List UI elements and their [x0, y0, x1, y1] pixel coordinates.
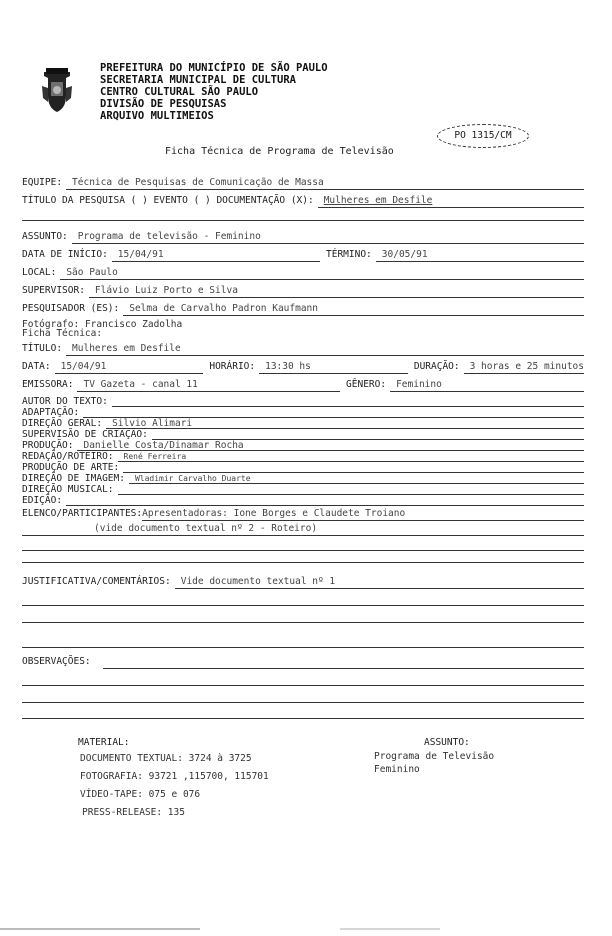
- field-pesquisador: PESQUISADOR (ES): Selma de Carvalho Padr…: [22, 302, 584, 316]
- local-label: LOCAL:: [22, 266, 56, 280]
- field-edicao: EDIÇÃO:: [22, 495, 584, 506]
- field-observacoes: OBSERVAÇÕES:: [22, 655, 584, 669]
- field-titulo: TÍTULO: Mulheres em Desfile: [22, 342, 584, 356]
- equipe-value[interactable]: Técnica de Pesquisas de Comunicação de M…: [66, 176, 584, 190]
- supervisor-value[interactable]: Flávio Luiz Porto e Silva: [89, 284, 584, 298]
- blank-line: [22, 605, 584, 606]
- form-title: Ficha Técnica de Programa de Televisão: [165, 146, 394, 157]
- redacao-roteiro-value[interactable]: René Ferreira: [118, 451, 584, 462]
- producao-value[interactable]: Danielle Costa/Dinamar Rocha: [77, 440, 584, 451]
- redacao-roteiro-label: REDAÇÃO/ROTEIRO:: [22, 451, 114, 462]
- field-producao: PRODUÇÃO: Danielle Costa/Dinamar Rocha: [22, 440, 584, 451]
- material-item: VÍDEO-TAPE: 075 e 076: [80, 786, 200, 804]
- direcao-musical-value[interactable]: [118, 484, 584, 495]
- duracao-label: DURAÇÃO:: [414, 360, 460, 374]
- elenco-value-line2[interactable]: (vide documento textual nº 2 - Roteiro): [22, 522, 584, 536]
- observacoes-label: OBSERVAÇÕES:: [22, 655, 91, 669]
- supervisao-criacao-label: SUPERVISÃO DE CRIAÇÃO:: [22, 429, 148, 440]
- org-line-2: SECRETARIA MUNICIPAL DE CULTURA: [100, 74, 296, 86]
- archive-code-stamp: PO 1315/CM: [437, 124, 529, 148]
- local-value[interactable]: São Paulo: [60, 266, 584, 280]
- field-supervisor: SUPERVISOR: Flávio Luiz Porto e Silva: [22, 284, 584, 298]
- assunto-label: ASSUNTO:: [22, 230, 68, 244]
- direcao-geral-label: DIREÇÃO GERAL:: [22, 418, 102, 429]
- field-justificativa: JUSTIFICATIVA/COMENTÁRIOS: Vide document…: [22, 575, 584, 589]
- field-direcao-musical: DIREÇÃO MUSICAL:: [22, 484, 584, 495]
- observacoes-value[interactable]: [103, 655, 584, 669]
- data-value[interactable]: 15/04/91: [55, 360, 204, 374]
- direcao-geral-value[interactable]: Silvio Alimari: [106, 418, 584, 429]
- assunto-box-line: Feminino: [374, 763, 420, 777]
- blank-line: [22, 718, 584, 719]
- justificativa-label: JUSTIFICATIVA/COMENTÁRIOS:: [22, 575, 171, 589]
- org-line-4: DIVISÃO DE PESQUISAS: [100, 98, 226, 110]
- termino-label: TÉRMINO:: [326, 248, 372, 262]
- org-line-3: CENTRO CULTURAL SÃO PAULO: [100, 86, 258, 98]
- org-line-1: PREFEITURA DO MUNICÍPIO DE SÃO PAULO: [100, 62, 328, 74]
- titulo-pesquisa-label: TÍTULO DA PESQUISA ( ) EVENTO ( ) DOCUME…: [22, 194, 314, 208]
- blank-line: [22, 220, 584, 221]
- edicao-value[interactable]: [66, 495, 584, 506]
- field-adaptacao: ADAPTAÇÃO:: [22, 407, 584, 418]
- field-emissora-genero: EMISSORA: TV Gazeta - canal 11 GÊNERO: F…: [22, 378, 584, 392]
- genero-value[interactable]: Feminino: [390, 378, 584, 392]
- field-redacao-roteiro: REDAÇÃO/ROTEIRO: René Ferreira: [22, 451, 584, 462]
- ficha-tecnica-label: Ficha Técnica:: [22, 329, 102, 339]
- assunto-value[interactable]: Programa de televisão - Feminino: [72, 230, 584, 244]
- city-crest-icon: [40, 66, 74, 114]
- blank-line: [22, 622, 584, 623]
- emissora-value[interactable]: TV Gazeta - canal 11: [77, 378, 340, 392]
- genero-label: GÊNERO:: [346, 378, 386, 392]
- field-direcao-imagem: DIREÇÃO DE IMAGEM: Wladimir Carvalho Dua…: [22, 473, 584, 484]
- assunto-box-line: Programa de Televisão: [374, 750, 494, 764]
- material-item: DOCUMENTO TEXTUAL: 3724 à 3725: [80, 750, 252, 768]
- horario-label: HORÁRIO:: [209, 360, 255, 374]
- blank-line: [22, 685, 584, 686]
- pesquisador-label: PESQUISADOR (ES):: [22, 302, 119, 316]
- adaptacao-value[interactable]: [83, 407, 584, 418]
- field-equipe: EQUIPE: Técnica de Pesquisas de Comunica…: [22, 176, 584, 190]
- titulo-value[interactable]: Mulheres em Desfile: [66, 342, 584, 356]
- scan-artifact: [0, 928, 200, 930]
- data-inicio-label: DATA DE INÍCIO:: [22, 248, 108, 262]
- org-line-5: ARQUIVO MULTIMEIOS: [100, 110, 214, 122]
- field-producao-arte: PRODUÇÃO DE ARTE:: [22, 462, 584, 473]
- emissora-label: EMISSORA:: [22, 378, 73, 392]
- field-direcao-geral: DIREÇÃO GERAL: Silvio Alimari: [22, 418, 584, 429]
- scan-artifact: [340, 928, 440, 930]
- field-elenco-line2: (vide documento textual nº 2 - Roteiro): [22, 522, 584, 536]
- blank-line: [22, 550, 584, 551]
- producao-arte-value[interactable]: [123, 462, 584, 473]
- field-elenco: ELENCO/PARTICIPANTES: Apresentadoras: Io…: [22, 507, 584, 521]
- field-local: LOCAL: São Paulo: [22, 266, 584, 280]
- field-data-horario-duracao: DATA: 15/04/91 HORÁRIO: 13:30 hs DURAÇÃO…: [22, 360, 584, 374]
- equipe-label: EQUIPE:: [22, 176, 62, 190]
- elenco-value[interactable]: Apresentadoras: Ione Borges e Claudete T…: [142, 507, 584, 521]
- justificativa-value[interactable]: Vide documento textual nº 1: [175, 575, 584, 589]
- autor-texto-value[interactable]: [112, 396, 584, 407]
- duracao-value[interactable]: 3 horas e 25 minutos: [464, 360, 584, 374]
- data-label: DATA:: [22, 360, 51, 374]
- producao-arte-label: PRODUÇÃO DE ARTE:: [22, 462, 119, 473]
- supervisor-label: SUPERVISOR:: [22, 284, 85, 298]
- titulo-pesquisa-value[interactable]: Mulheres em Desfile: [318, 194, 584, 208]
- data-inicio-value[interactable]: 15/04/91: [112, 248, 320, 262]
- edicao-label: EDIÇÃO:: [22, 495, 62, 506]
- blank-line: [22, 562, 584, 563]
- field-autor-texto: AUTOR DO TEXTO:: [22, 396, 584, 407]
- field-titulo-pesquisa: TÍTULO DA PESQUISA ( ) EVENTO ( ) DOCUME…: [22, 194, 584, 208]
- field-datas: DATA DE INÍCIO: 15/04/91 TÉRMINO: 30/05/…: [22, 248, 584, 262]
- supervisao-criacao-value[interactable]: [152, 429, 584, 440]
- elenco-label: ELENCO/PARTICIPANTES:: [22, 507, 142, 521]
- direcao-musical-label: DIREÇÃO MUSICAL:: [22, 484, 114, 495]
- direcao-imagem-label: DIREÇÃO DE IMAGEM:: [22, 473, 125, 484]
- titulo-label: TÍTULO:: [22, 342, 62, 356]
- termino-value[interactable]: 30/05/91: [376, 248, 584, 262]
- blank-line: [22, 647, 584, 648]
- autor-texto-label: AUTOR DO TEXTO:: [22, 396, 108, 407]
- material-item: FOTOGRAFIA: 93721 ,115700, 115701: [80, 768, 269, 786]
- pesquisador-value[interactable]: Selma de Carvalho Padron Kaufmann: [123, 302, 584, 316]
- adaptacao-label: ADAPTAÇÃO:: [22, 407, 79, 418]
- blank-line: [22, 702, 584, 703]
- field-assunto: ASSUNTO: Programa de televisão - Feminin…: [22, 230, 584, 244]
- direcao-imagem-value[interactable]: Wladimir Carvalho Duarte: [129, 473, 584, 484]
- producao-label: PRODUÇÃO:: [22, 440, 73, 451]
- horario-value[interactable]: 13:30 hs: [259, 360, 408, 374]
- field-supervisao-criacao: SUPERVISÃO DE CRIAÇÃO:: [22, 429, 584, 440]
- material-item: PRESS-RELEASE: 135: [82, 804, 185, 822]
